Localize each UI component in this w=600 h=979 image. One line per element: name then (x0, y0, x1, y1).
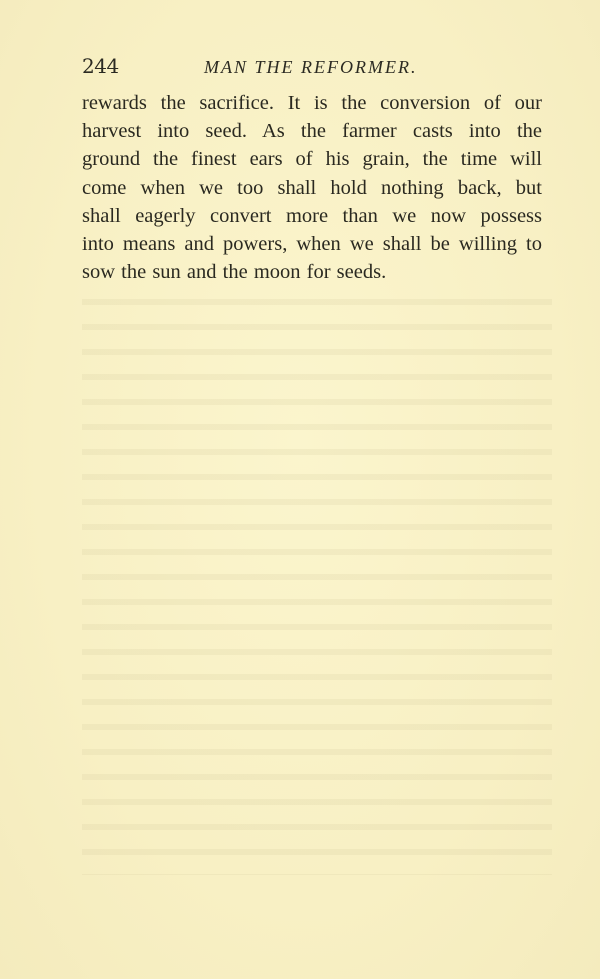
text-line: ground the finest ears of his grain, the… (82, 145, 542, 173)
text-line: into means and powers, when we shall be … (82, 230, 542, 258)
running-head: 244 MAN THE REFORMER. (82, 52, 542, 82)
book-page: 244 MAN THE REFORMER. rewards the sacrif… (0, 0, 600, 979)
body-paragraph: rewards the sacrifice. It is the convers… (82, 89, 542, 286)
bleed-through-text (82, 285, 552, 875)
text-line: come when we too shall hold nothing back… (82, 174, 542, 202)
text-line: rewards the sacrifice. It is the convers… (82, 89, 542, 117)
text-line: sow the sun and the moon for seeds. (82, 258, 542, 286)
text-line: shall eagerly convert more than we now p… (82, 202, 542, 230)
running-title: MAN THE REFORMER. (204, 57, 417, 78)
page-number: 244 (82, 54, 119, 78)
text-line: harvest into seed. As the farmer casts i… (82, 117, 542, 145)
